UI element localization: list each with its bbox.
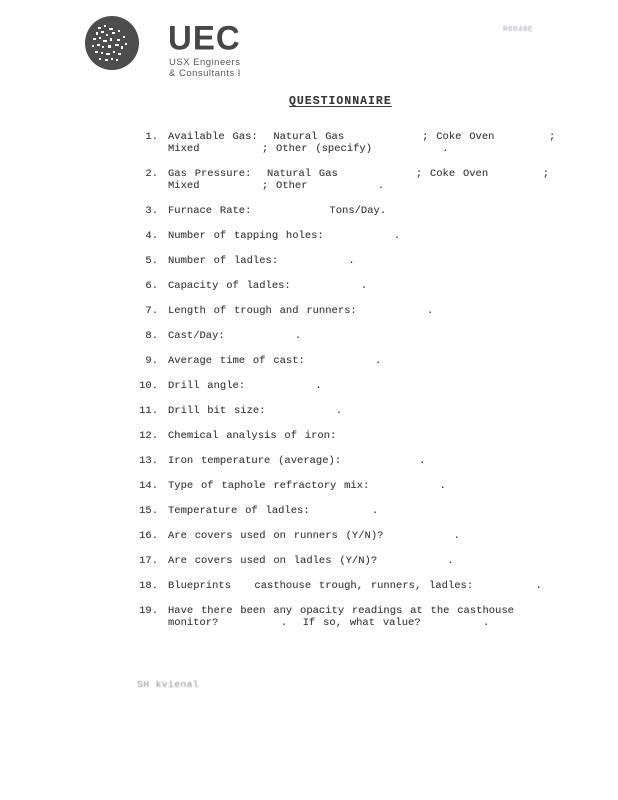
question-text: Available Gas: Natural Gas ; Coke Oven ;… — [168, 131, 555, 155]
question-text: Length of trough and runners: . — [168, 305, 433, 317]
question-text: Chemical analysis of iron: — [168, 430, 336, 442]
question-number: 6. — [88, 280, 158, 292]
org-name-line2: & Consultants I — [169, 68, 241, 79]
question-item: 1. Available Gas: Natural Gas ; Coke Ove… — [88, 131, 558, 155]
question-item: 14. Type of taphole refractory mix: . — [88, 480, 558, 492]
question-item: 6. Capacity of ladles: . — [88, 280, 558, 292]
question-number: 1. — [88, 131, 158, 155]
question-number: 8. — [88, 330, 158, 342]
question-number: 10. — [88, 380, 158, 392]
letterhead: UEC USX Engineers & Consultants I R0048E — [0, 0, 618, 90]
question-text: Drill bit size: . — [168, 405, 342, 417]
question-text: Are covers used on runners (Y/N)? . — [168, 530, 460, 542]
document-id-stamp: R0048E — [503, 26, 533, 34]
page-title: QUESTIONNAIRE — [289, 95, 392, 108]
question-item: 2. Gas Pressure: Natural Gas ; Coke Oven… — [88, 168, 558, 192]
question-item: 7. Length of trough and runners: . — [88, 305, 558, 317]
question-item: 18. Blueprints casthouse trough, runners… — [88, 580, 558, 592]
question-number: 11. — [88, 405, 158, 417]
question-number: 4. — [88, 230, 158, 242]
question-item: 15. Temperature of ladles: . — [88, 505, 558, 517]
question-text: Capacity of ladles: . — [168, 280, 367, 292]
question-item: 13. Iron temperature (average): . — [88, 455, 558, 467]
question-item: 10. Drill angle: . — [88, 380, 558, 392]
question-text: Gas Pressure: Natural Gas ; Coke Oven ; … — [168, 168, 549, 192]
question-item: 9. Average time of cast: . — [88, 355, 558, 367]
question-text: Blueprints casthouse trough, runners, la… — [168, 580, 542, 592]
question-number: 17. — [88, 555, 158, 567]
question-text: Type of taphole refractory mix: . — [168, 480, 446, 492]
question-list: 1. Available Gas: Natural Gas ; Coke Ove… — [88, 131, 558, 642]
question-item: 11. Drill bit size: . — [88, 405, 558, 417]
question-number: 12. — [88, 430, 158, 442]
question-text: Cast/Day: . — [168, 330, 301, 342]
question-number: 2. — [88, 168, 158, 192]
question-item: 12. Chemical analysis of iron: — [88, 430, 558, 442]
question-number: 19. — [88, 605, 158, 629]
question-number: 7. — [88, 305, 158, 317]
footer-notation: SH kvienal — [137, 679, 199, 690]
question-text: Iron temperature (average): . — [168, 455, 425, 467]
question-number: 14. — [88, 480, 158, 492]
question-item: 5. Number of ladles: . — [88, 255, 558, 267]
question-number: 13. — [88, 455, 158, 467]
question-text: Number of ladles: . — [168, 255, 355, 267]
question-number: 15. — [88, 505, 158, 517]
question-item: 17. Are covers used on ladles (Y/N)? . — [88, 555, 558, 567]
question-text: Drill angle: . — [168, 380, 322, 392]
org-name-line1: USX Engineers — [169, 57, 240, 68]
question-number: 18. — [88, 580, 158, 592]
question-item: 16. Are covers used on runners (Y/N)? . — [88, 530, 558, 542]
uec-wordmark: UEC — [168, 18, 241, 58]
question-item: 8. Cast/Day: . — [88, 330, 558, 342]
uec-globe-logo-icon — [84, 15, 140, 71]
question-text: Temperature of ladles: . — [168, 505, 378, 517]
question-number: 5. — [88, 255, 158, 267]
question-text: Furnace Rate: Tons/Day. — [168, 205, 386, 217]
question-item: 3. Furnace Rate: Tons/Day. — [88, 205, 558, 217]
question-number: 3. — [88, 205, 158, 217]
scanned-questionnaire-page: UEC USX Engineers & Consultants I R0048E… — [0, 0, 618, 800]
question-text: Are covers used on ladles (Y/N)? . — [168, 555, 454, 567]
question-number: 16. — [88, 530, 158, 542]
question-item: 4. Number of tapping holes: . — [88, 230, 558, 242]
question-item: 19. Have there been any opacity readings… — [88, 605, 558, 629]
question-text: Number of tapping holes: . — [168, 230, 400, 242]
question-number: 9. — [88, 355, 158, 367]
question-text: Have there been any opacity readings at … — [168, 605, 514, 629]
question-text: Average time of cast: . — [168, 355, 381, 367]
